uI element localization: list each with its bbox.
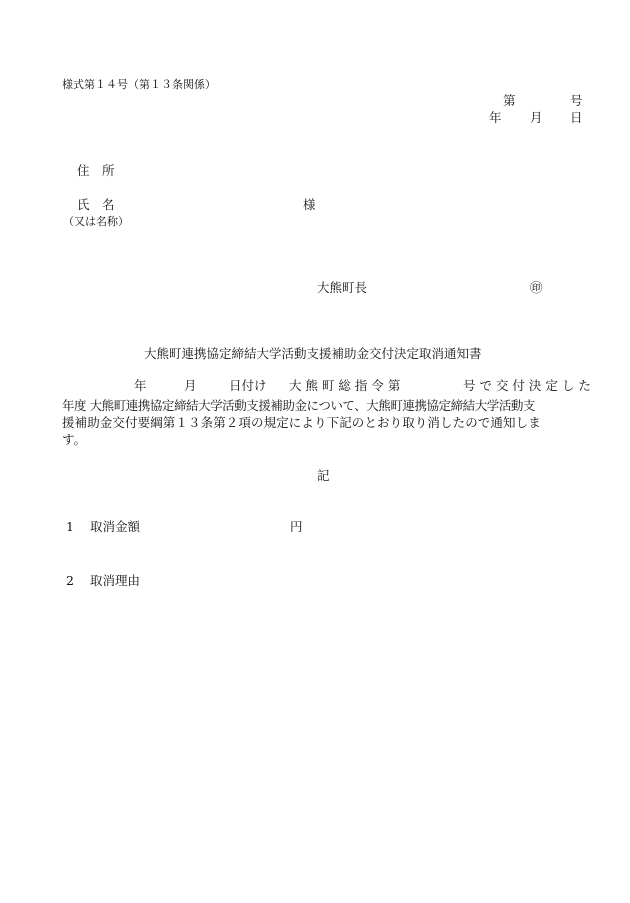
name-label: 氏 名 (77, 199, 115, 212)
item-1-number: 1 (66, 521, 74, 534)
ki-heading: 記 (317, 470, 330, 483)
doc-number-suffix: 号 (570, 95, 583, 108)
body-ref: 大 熊 町 総 指 令 第 (289, 380, 400, 393)
body-day: 日付け (229, 380, 267, 393)
item-2-number: 2 (66, 575, 74, 588)
body-year: 年 (134, 380, 147, 393)
body-line-3: 援補助金交付要綱第１３条第２項の規定により下記のとおり取り消したので通知しま (62, 414, 584, 431)
form-label: 様式第１４号（第１３条関係） (62, 79, 216, 90)
doc-number-prefix: 第 (503, 95, 516, 108)
body-month: 月 (184, 380, 197, 393)
body-line-4: す。 (62, 431, 584, 448)
date-month: 月 (530, 112, 543, 125)
body-tail: 号 で 交 付 決 定 し た (463, 380, 591, 393)
address-label: 住 所 (77, 165, 115, 178)
date-year: 年 (489, 112, 502, 125)
body-line-2: 年度 大熊町連携協定締結大学活動支援補助金について、大熊町連携協定締結大学活動支 (62, 397, 584, 414)
seal-mark: ㊞ (530, 282, 543, 295)
item-1-label: 取消金額 (90, 521, 140, 534)
item-2-label: 取消理由 (90, 575, 140, 588)
issuer-title: 大熊町長 (317, 282, 367, 295)
document-title: 大熊町連携協定締結大学活動支援補助金交付決定取消通知書 (144, 348, 482, 361)
name-note: （又は名称） (63, 216, 129, 227)
body-line-1: 年 月 日付け 大 熊 町 総 指 令 第 号 で 交 付 決 定 し た (62, 380, 584, 397)
body-paragraph: 年 月 日付け 大 熊 町 総 指 令 第 号 で 交 付 決 定 し た 年度… (62, 380, 584, 448)
date-day: 日 (570, 112, 583, 125)
honorific: 様 (303, 199, 316, 212)
item-1-unit: 円 (290, 521, 303, 534)
